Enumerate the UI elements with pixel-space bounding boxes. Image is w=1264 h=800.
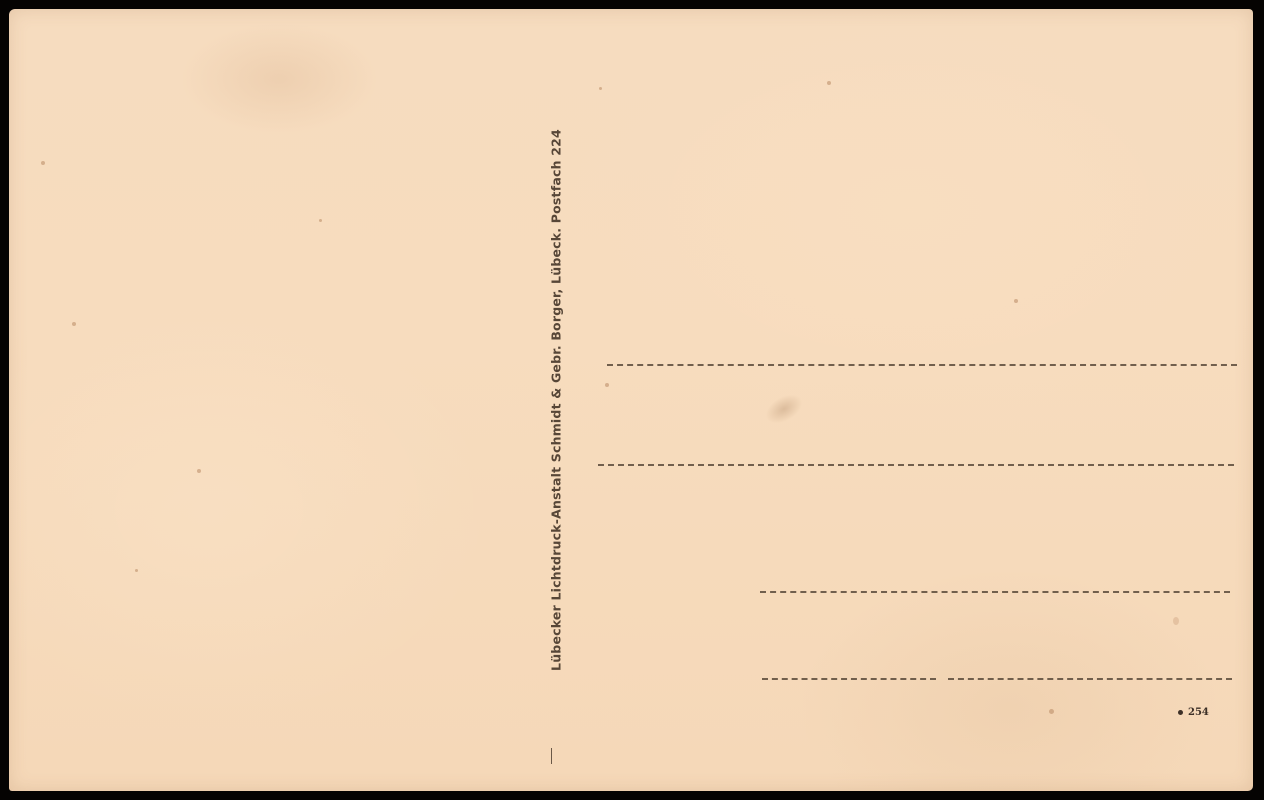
stain-spot — [827, 81, 831, 85]
stain-spot — [197, 469, 201, 473]
bullet-icon — [1178, 710, 1183, 715]
divider-tick — [551, 748, 552, 764]
catalog-number-text: 254 — [1188, 707, 1209, 718]
address-line-3 — [760, 591, 1230, 593]
stain-spot — [135, 569, 138, 572]
stain-spot — [41, 161, 45, 165]
address-line-2 — [598, 464, 1234, 466]
stain-spot — [1049, 709, 1054, 714]
address-line-4b — [948, 678, 1232, 680]
postcard-back — [9, 9, 1253, 791]
stain-spot — [599, 87, 602, 90]
catalog-number: 254 — [1178, 707, 1209, 718]
stain-smudge — [761, 389, 808, 430]
address-line-4a — [762, 678, 936, 680]
address-line-1 — [607, 364, 1237, 366]
publisher-imprint: Lübecker Lichtdruck-Anstalt Schmidt & Ge… — [549, 129, 564, 671]
stain-spot — [1014, 299, 1018, 303]
stain-spot — [72, 322, 76, 326]
stain-spot — [1173, 617, 1179, 625]
stain-spot — [319, 219, 322, 222]
stain-spot — [605, 383, 609, 387]
